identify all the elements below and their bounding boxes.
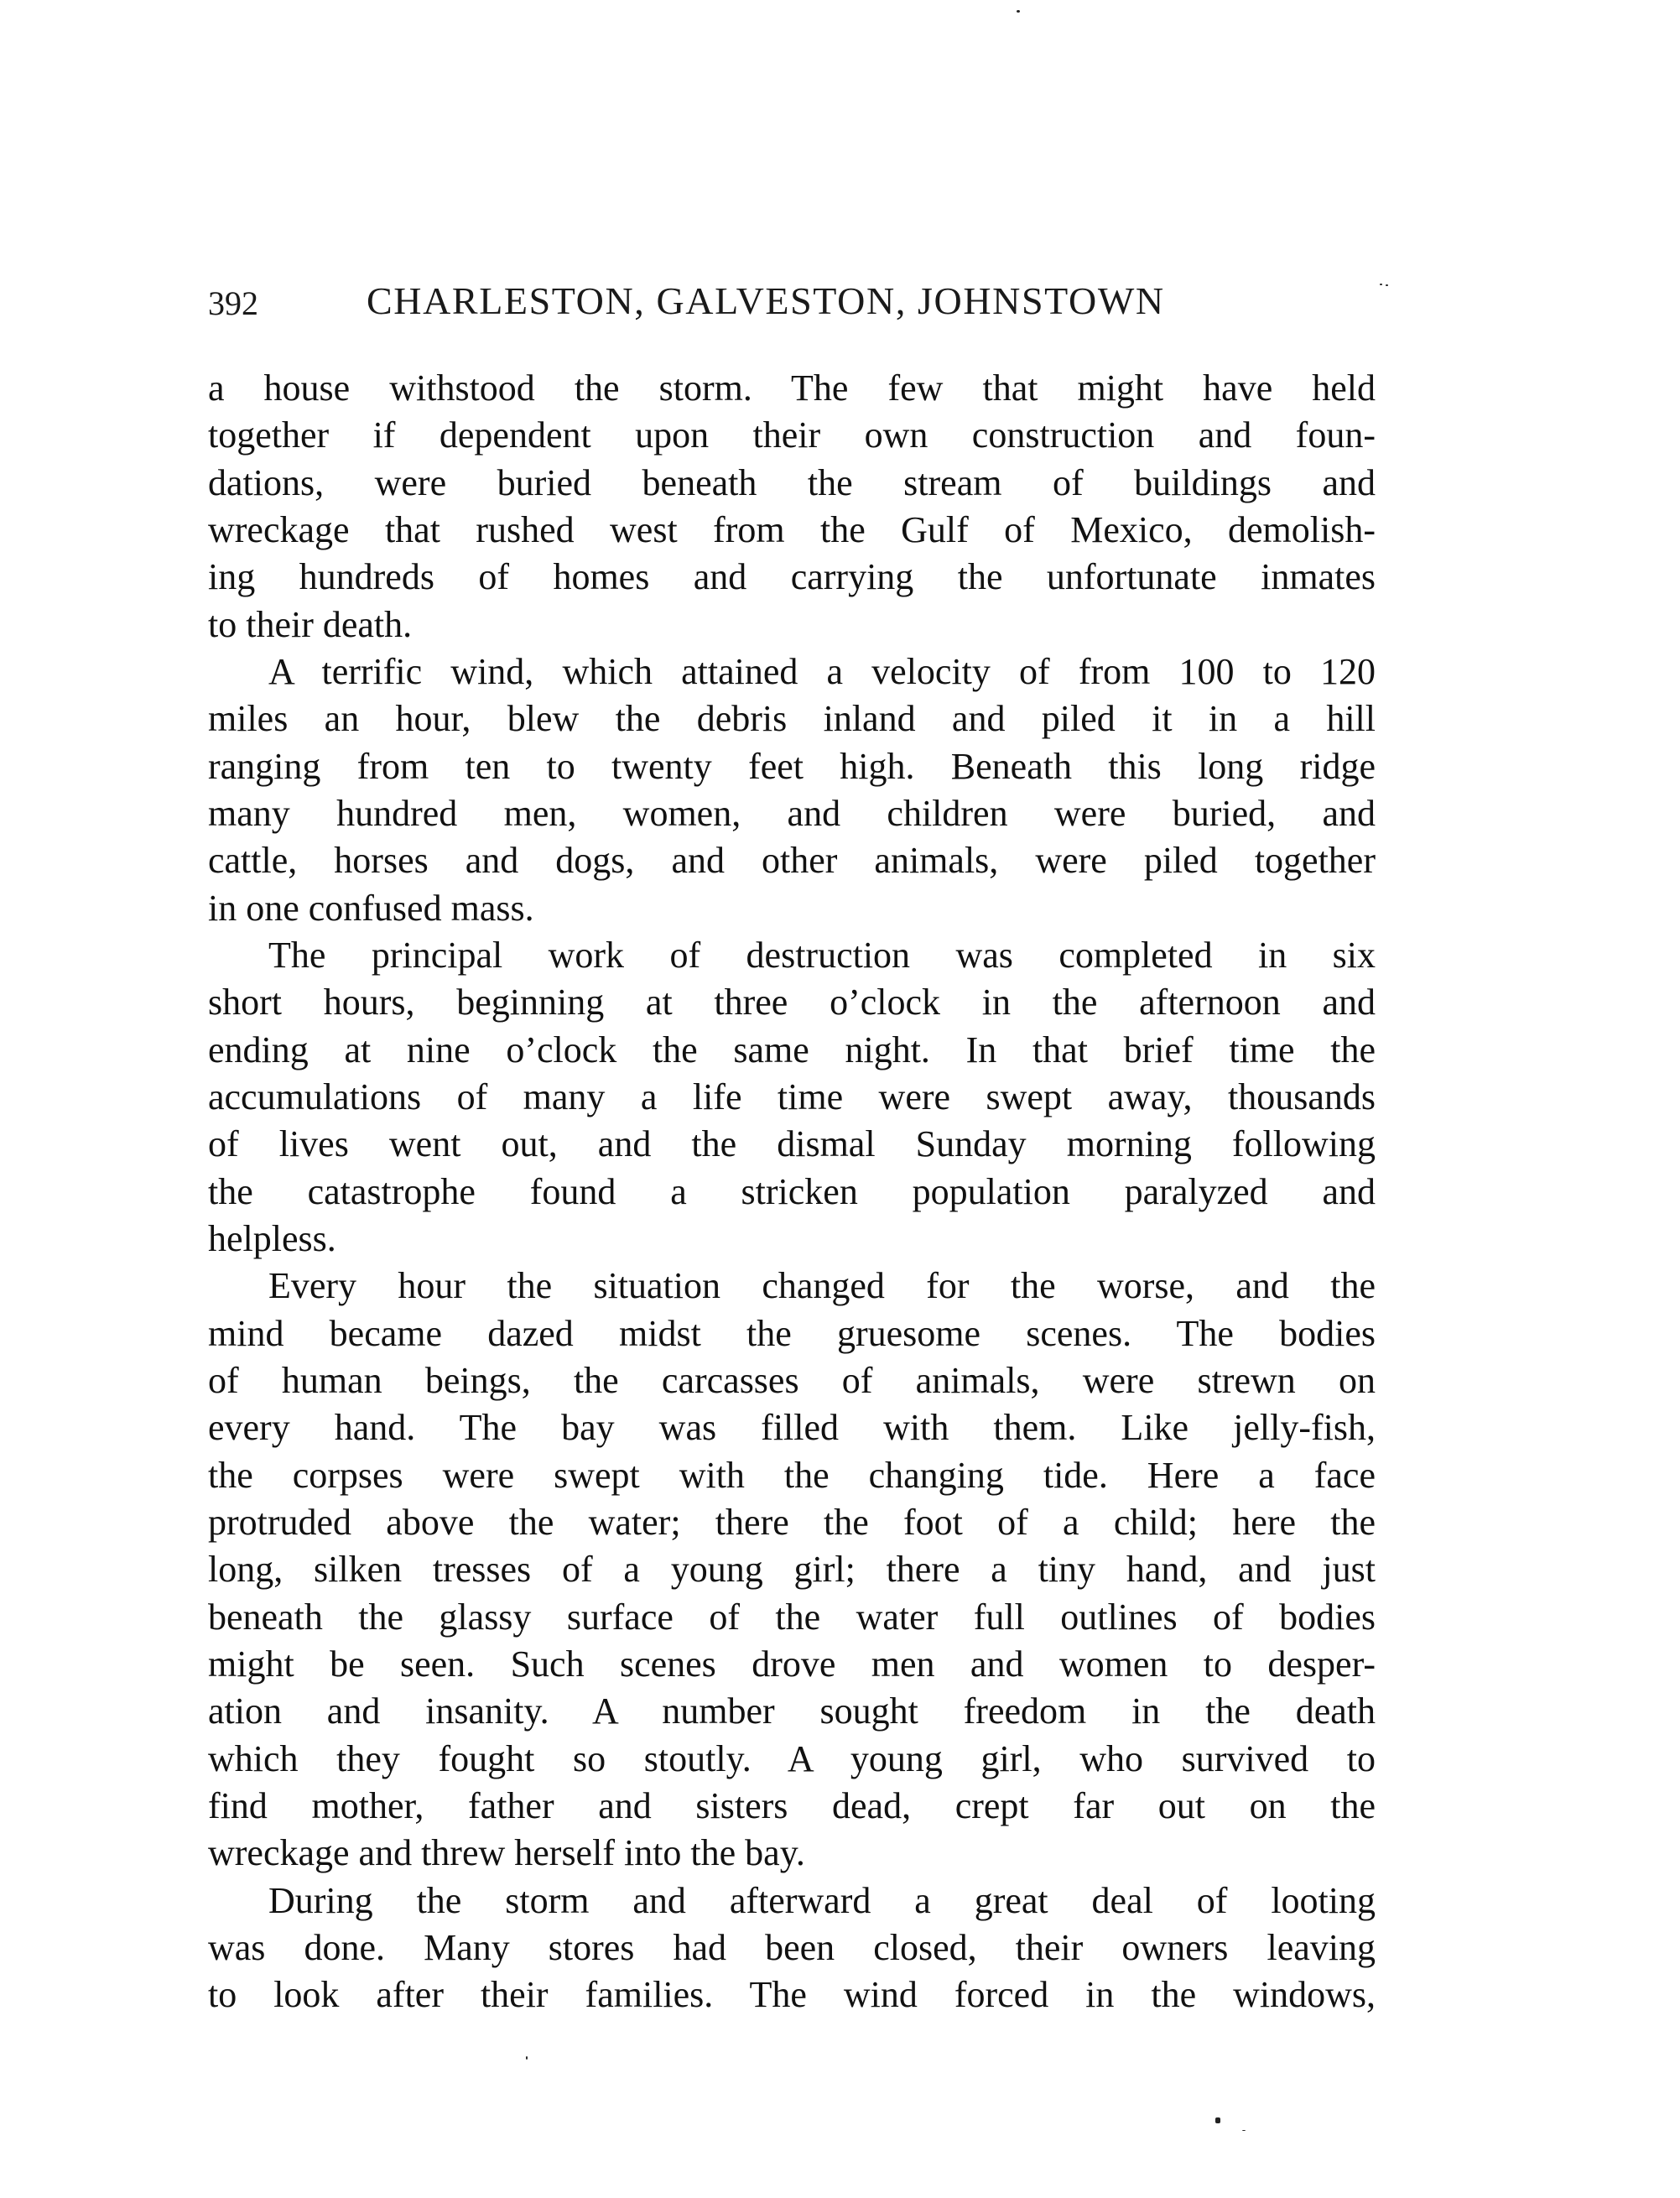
text-line: wreckage that rushed west from the Gulf … [208,507,1376,554]
text-line: The principal work of destruction was co… [208,932,1376,979]
text-line: mind became dazed midst the gruesome sce… [208,1310,1376,1357]
page-number: 392 [208,287,258,320]
text-line: long, silken tresses of a young girl; th… [208,1546,1376,1593]
text-line: together if dependent upon their own con… [208,412,1376,459]
text-line: cattle, horses and dogs, and other anima… [208,837,1376,884]
text-line: dations, were buried beneath the stream … [208,460,1376,507]
text-line: helpless. [208,1216,1376,1263]
scan-speck [1242,2130,1246,2131]
text-line: the corpses were swept with the changing… [208,1452,1376,1499]
text-line: a house withstood the storm. The few tha… [208,365,1376,412]
text-line: of human beings, the carcasses of animal… [208,1357,1376,1404]
book-page: 392 CHARLESTON, GALVESTON, JOHNSTOWN a h… [0,0,1680,2198]
text-line: to look after their families. The wind f… [208,1971,1376,2018]
text-line: ation and insanity. A number sought free… [208,1688,1376,1735]
text-line: in one confused mass. [208,885,1376,932]
running-head: 392 CHARLESTON, GALVESTON, JOHNSTOWN [208,282,1223,329]
scan-speck [1215,2117,1220,2123]
text-line: ranging from ten to twenty feet high. Be… [208,743,1376,790]
text-line: protruded above the water; there the foo… [208,1499,1376,1546]
running-title: CHARLESTON, GALVESTON, JOHNSTOWN [367,282,1165,320]
text-line: which they fought so stoutly. A young gi… [208,1736,1376,1783]
text-line: find mother, father and sisters dead, cr… [208,1783,1376,1830]
text-line: accumulations of many a life time were s… [208,1074,1376,1121]
text-line: every hand. The bay was filled with them… [208,1404,1376,1451]
text-line: of lives went out, and the dismal Sunday… [208,1121,1376,1168]
text-line: many hundred men, women, and children we… [208,790,1376,837]
text-line: the catastrophe found a stricken populat… [208,1169,1376,1216]
text-line: ending at nine o’clock the same night. I… [208,1027,1376,1074]
text-line: A terrific wind, which attained a veloci… [208,648,1376,695]
text-line: Every hour the situation changed for the… [208,1263,1376,1310]
scan-speck [1386,284,1388,286]
text-line: wreckage and threw herself into the bay. [208,1830,1376,1877]
text-line: to their death. [208,602,1376,648]
scan-speck [1017,10,1020,13]
text-line: During the storm and afterward a great d… [208,1878,1376,1925]
text-line: short hours, beginning at three o’clock … [208,979,1376,1026]
text-line: ing hundreds of homes and carrying the u… [208,554,1376,601]
text-line: might be seen. Such scenes drove men and… [208,1641,1376,1688]
scan-speck [1380,284,1382,285]
text-line: beneath the glassy surface of the water … [208,1594,1376,1641]
text-line: miles an hour, blew the debris inland an… [208,695,1376,742]
scan-speck [526,2056,528,2060]
text-line: was done. Many stores had been closed, t… [208,1925,1376,1971]
